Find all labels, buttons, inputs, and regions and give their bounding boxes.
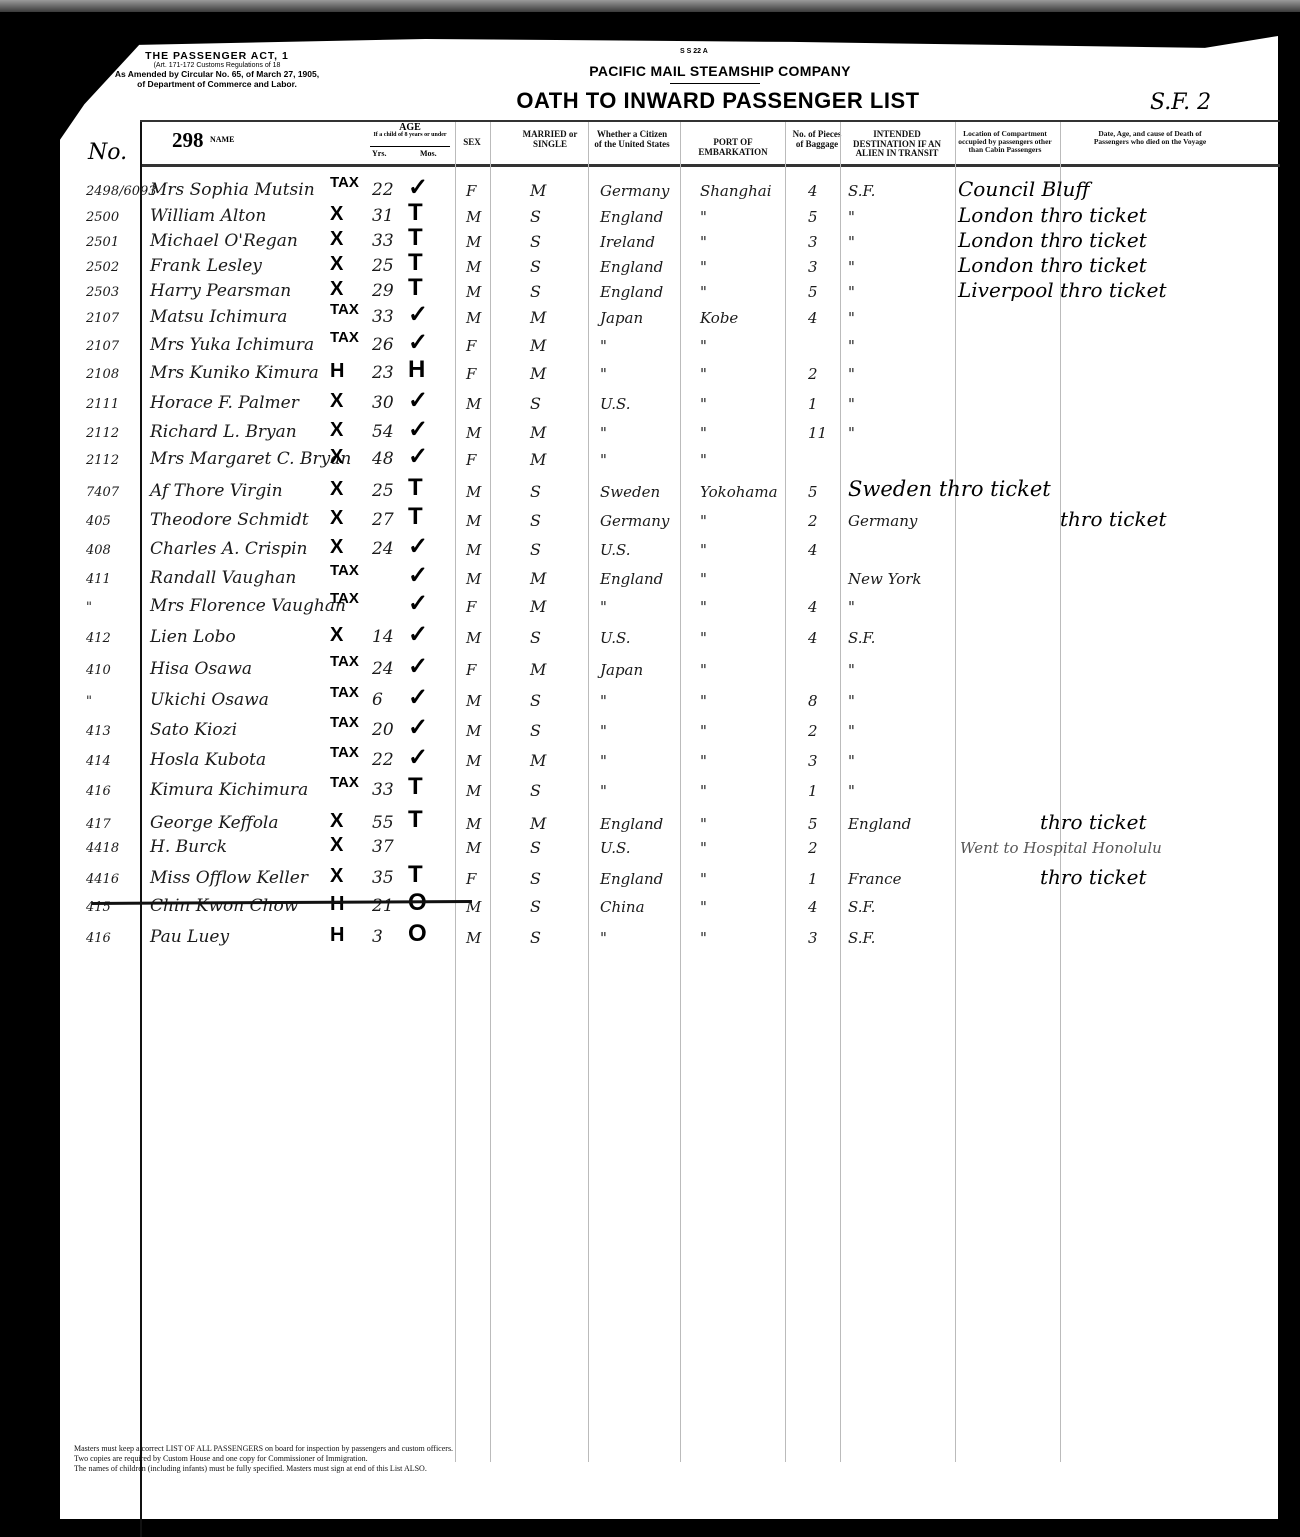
port-of-embarkation: " bbox=[700, 722, 707, 740]
age-years: 54 bbox=[372, 422, 394, 442]
intended-destination: S.F. bbox=[848, 929, 875, 947]
inspection-mark: ✓ bbox=[408, 713, 428, 742]
marital-status: M bbox=[530, 364, 546, 383]
citizenship: Sweden bbox=[600, 483, 660, 501]
age-years: 23 bbox=[372, 363, 394, 383]
age-years: 25 bbox=[372, 481, 394, 501]
marital-status: M bbox=[530, 597, 546, 616]
sex-value: M bbox=[466, 752, 481, 770]
col-destination: INTENDED DESTINATION IF AN ALIEN IN TRAN… bbox=[842, 130, 952, 159]
passenger-name: Mrs Kuniko Kimura bbox=[150, 363, 319, 383]
passenger-name: Sato Kiozi bbox=[150, 720, 237, 740]
intended-destination: " bbox=[848, 752, 855, 770]
age-years: 35 bbox=[372, 868, 394, 888]
sex-value: M bbox=[466, 722, 481, 740]
amended-line-2: of Department of Commerce and Labor. bbox=[72, 79, 362, 89]
inspection-mark: ✓ bbox=[408, 532, 428, 561]
sheet-mark: S.F. 2 bbox=[1150, 90, 1211, 115]
marital-status: S bbox=[530, 928, 541, 947]
intended-destination: S.F. bbox=[848, 629, 875, 647]
tax-stamp: X bbox=[330, 228, 343, 251]
passenger-name: Richard L. Bryan bbox=[150, 422, 297, 442]
row-number: 416 bbox=[86, 784, 111, 799]
passenger-name: Hosla Kubota bbox=[150, 750, 266, 770]
passenger-name: Mrs Florence Vaughan bbox=[150, 596, 346, 616]
col-sex: SEX bbox=[457, 138, 487, 148]
passenger-name: Michael O'Regan bbox=[150, 231, 298, 251]
row-number: 2503 bbox=[86, 285, 119, 300]
age-years: 33 bbox=[372, 307, 394, 327]
col-married-single: MARRIED or SINGLE bbox=[515, 130, 585, 149]
age-years: 21 bbox=[372, 896, 394, 916]
inspection-mark: ✓ bbox=[408, 652, 428, 681]
marital-status: S bbox=[530, 869, 541, 888]
passenger-name: Ukichi Osawa bbox=[150, 690, 269, 710]
inspection-mark: O bbox=[408, 920, 427, 948]
tax-stamp: X bbox=[330, 253, 343, 276]
baggage-count: 2 bbox=[808, 365, 818, 383]
tax-stamp: H bbox=[330, 893, 344, 916]
col-age: AGE If a child of 8 years or under bbox=[370, 124, 450, 139]
port-of-embarkation: " bbox=[700, 661, 707, 679]
baggage-count: 4 bbox=[808, 598, 818, 616]
citizenship: Japan bbox=[600, 661, 643, 679]
port-of-embarkation: Shanghai bbox=[700, 182, 772, 200]
inspection-mark: ✓ bbox=[408, 743, 428, 772]
row-number: 2501 bbox=[86, 235, 119, 250]
intended-destination: Germany bbox=[848, 512, 917, 530]
port-of-embarkation: " bbox=[700, 782, 707, 800]
passenger-name: Hisa Osawa bbox=[150, 659, 252, 679]
citizenship: " bbox=[600, 451, 607, 469]
row-number: 4416 bbox=[86, 872, 119, 887]
marital-status: M bbox=[530, 336, 546, 355]
row-number: " bbox=[86, 694, 92, 709]
citizenship: England bbox=[600, 570, 663, 588]
age-years: 25 bbox=[372, 256, 394, 276]
tax-stamp: X bbox=[330, 536, 343, 559]
inspection-mark: T bbox=[408, 503, 423, 531]
row-number: 413 bbox=[86, 724, 111, 739]
intended-destination: " bbox=[848, 722, 855, 740]
citizenship: Germany bbox=[600, 182, 669, 200]
tax-stamp: X bbox=[330, 203, 343, 226]
passenger-name: Randall Vaughan bbox=[150, 568, 296, 588]
baggage-count: 5 bbox=[808, 283, 818, 301]
baggage-count: 8 bbox=[808, 692, 818, 710]
row-number: 412 bbox=[86, 631, 111, 646]
age-years: 22 bbox=[372, 180, 394, 200]
page-title: OATH TO INWARD PASSENGER LIST bbox=[488, 88, 948, 114]
marital-status: S bbox=[530, 838, 541, 857]
age-years: 27 bbox=[372, 510, 394, 530]
citizenship: " bbox=[600, 692, 607, 710]
port-of-embarkation: " bbox=[700, 815, 707, 833]
citizenship: England bbox=[600, 208, 663, 226]
col-name: NAME bbox=[210, 135, 234, 144]
passenger-name: Mrs Margaret C. Bryan bbox=[150, 449, 351, 469]
citizenship: England bbox=[600, 815, 663, 833]
tax-stamp: X bbox=[330, 834, 343, 857]
passenger-name: Lien Lobo bbox=[150, 627, 236, 647]
intended-destination: Sweden thro ticket bbox=[848, 477, 1051, 501]
marital-status: M bbox=[530, 423, 546, 442]
sex-value: F bbox=[466, 598, 476, 616]
intended-destination: " bbox=[848, 233, 855, 251]
tax-stamp: X bbox=[330, 419, 343, 442]
port-of-embarkation: " bbox=[700, 629, 707, 647]
passenger-name: George Keffola bbox=[150, 813, 279, 833]
citizenship: " bbox=[600, 337, 607, 355]
passenger-name: Charles A. Crispin bbox=[150, 539, 308, 559]
intended-destination: " bbox=[848, 782, 855, 800]
marital-status: M bbox=[530, 450, 546, 469]
marital-status: S bbox=[530, 257, 541, 276]
inspection-mark: ✓ bbox=[408, 589, 428, 618]
remark-note: thro ticket bbox=[1040, 865, 1147, 889]
age-years: 33 bbox=[372, 780, 394, 800]
marital-status: S bbox=[530, 232, 541, 251]
port-of-embarkation: " bbox=[700, 929, 707, 947]
age-years: 6 bbox=[372, 690, 383, 710]
citizenship: England bbox=[600, 283, 663, 301]
citizenship: England bbox=[600, 870, 663, 888]
remark-note: Liverpool thro ticket bbox=[958, 278, 1167, 302]
citizenship: " bbox=[600, 365, 607, 383]
port-of-embarkation: " bbox=[700, 898, 707, 916]
citizenship: " bbox=[600, 598, 607, 616]
tax-stamp: X bbox=[330, 446, 343, 469]
rule bbox=[1060, 122, 1061, 1462]
footer-line-3: The names of children (including infants… bbox=[74, 1464, 453, 1474]
remark-note: thro ticket bbox=[1040, 810, 1147, 834]
passenger-name: Horace F. Palmer bbox=[150, 393, 299, 413]
passenger-name: Kimura Kichimura bbox=[150, 780, 308, 800]
rule bbox=[840, 122, 841, 1462]
act-title: THE PASSENGER ACT, 1 bbox=[72, 50, 362, 62]
port-of-embarkation: " bbox=[700, 839, 707, 857]
baggage-count: 11 bbox=[808, 424, 827, 442]
inspection-mark: ✓ bbox=[408, 620, 428, 649]
age-years: 33 bbox=[372, 231, 394, 251]
baggage-count: 4 bbox=[808, 629, 818, 647]
citizenship: Japan bbox=[600, 309, 643, 327]
inspection-mark: T bbox=[408, 224, 423, 252]
baggage-count: 2 bbox=[808, 839, 818, 857]
marital-status: S bbox=[530, 781, 541, 800]
row-number: 2108 bbox=[86, 367, 119, 382]
intended-destination: " bbox=[848, 208, 855, 226]
intended-destination: England bbox=[848, 815, 911, 833]
passenger-name: Mrs Sophia Mutsin bbox=[150, 180, 315, 200]
port-of-embarkation: " bbox=[700, 233, 707, 251]
remark-note: Went to Hospital Honolulu bbox=[960, 839, 1162, 857]
rule bbox=[588, 122, 589, 1462]
row-number: 417 bbox=[86, 817, 111, 832]
row-number: 405 bbox=[86, 514, 111, 529]
sex-value: M bbox=[466, 283, 481, 301]
tax-stamp: X bbox=[330, 278, 343, 301]
passenger-name: Chin Kwon Chow bbox=[150, 896, 298, 916]
row-number: 2111 bbox=[86, 397, 119, 412]
passenger-name: H. Burck bbox=[150, 837, 227, 857]
rule bbox=[455, 122, 456, 1462]
tax-stamp: TAX bbox=[330, 653, 359, 670]
intended-destination: " bbox=[848, 283, 855, 301]
sex-value: M bbox=[466, 541, 481, 559]
remark-note: Council Bluff bbox=[958, 177, 1090, 201]
citizenship: " bbox=[600, 752, 607, 770]
port-of-embarkation: " bbox=[700, 541, 707, 559]
col-compartment: Location of Compartment occupied by pass… bbox=[955, 130, 1055, 154]
marital-status: M bbox=[530, 751, 546, 770]
baggage-count: 3 bbox=[808, 752, 818, 770]
no-column-rule bbox=[140, 122, 142, 1537]
age-years: 31 bbox=[372, 206, 394, 226]
sex-value: M bbox=[466, 512, 481, 530]
remark-note: London thro ticket bbox=[958, 253, 1147, 277]
marital-status: M bbox=[530, 181, 546, 200]
port-of-embarkation: " bbox=[700, 424, 707, 442]
row-number: 414 bbox=[86, 754, 111, 769]
baggage-count: 4 bbox=[808, 309, 818, 327]
port-of-embarkation: " bbox=[700, 395, 707, 413]
company-underline bbox=[670, 83, 760, 84]
citizenship: China bbox=[600, 898, 645, 916]
baggage-count: 4 bbox=[808, 898, 818, 916]
baggage-count: 1 bbox=[808, 782, 818, 800]
inspection-mark: T bbox=[408, 861, 423, 889]
citizenship: Ireland bbox=[600, 233, 655, 251]
passenger-name: Miss Offlow Keller bbox=[150, 868, 308, 888]
inspection-mark: T bbox=[408, 274, 423, 302]
citizenship: U.S. bbox=[600, 839, 631, 857]
tax-stamp: TAX bbox=[330, 744, 359, 761]
sex-value: M bbox=[466, 782, 481, 800]
sex-value: M bbox=[466, 395, 481, 413]
act-articles: (Art. 171-172 Customs Regulations of 18 bbox=[72, 62, 362, 69]
sex-value: F bbox=[466, 661, 476, 679]
row-number: 2502 bbox=[86, 260, 119, 275]
baggage-count: 4 bbox=[808, 182, 818, 200]
sex-value: F bbox=[466, 870, 476, 888]
intended-destination: " bbox=[848, 395, 855, 413]
sex-value: M bbox=[466, 309, 481, 327]
port-of-embarkation: " bbox=[700, 365, 707, 383]
port-of-embarkation: " bbox=[700, 258, 707, 276]
port-of-embarkation: " bbox=[700, 692, 707, 710]
row-number: 4418 bbox=[86, 841, 119, 856]
citizenship: U.S. bbox=[600, 395, 631, 413]
row-number: 2107 bbox=[86, 311, 119, 326]
age-years: 24 bbox=[372, 659, 394, 679]
form-number: S S 22 A bbox=[680, 48, 708, 55]
col-no: No. bbox=[88, 140, 127, 165]
baggage-count: 5 bbox=[808, 208, 818, 226]
inspection-mark: ✓ bbox=[408, 415, 428, 444]
row-number: 2112 bbox=[86, 426, 119, 441]
inspection-mark: T bbox=[408, 249, 423, 277]
intended-destination: " bbox=[848, 598, 855, 616]
baggage-count: 3 bbox=[808, 929, 818, 947]
port-of-embarkation: Kobe bbox=[700, 309, 738, 327]
remark-note: London thro ticket bbox=[958, 203, 1147, 227]
sex-value: M bbox=[466, 815, 481, 833]
port-of-embarkation: " bbox=[700, 451, 707, 469]
footer-instructions: Masters must keep a correct LIST OF ALL … bbox=[74, 1444, 453, 1474]
sex-value: F bbox=[466, 365, 476, 383]
inspection-mark: ✓ bbox=[408, 683, 428, 712]
rule bbox=[785, 122, 786, 1462]
sex-value: M bbox=[466, 258, 481, 276]
header-top-rule bbox=[140, 120, 1280, 122]
tax-stamp: X bbox=[330, 507, 343, 530]
baggage-count: 2 bbox=[808, 512, 818, 530]
inspection-mark: H bbox=[408, 356, 425, 384]
age-years: 55 bbox=[372, 813, 394, 833]
tax-stamp: X bbox=[330, 810, 343, 833]
passenger-name: Mrs Yuka Ichimura bbox=[150, 335, 314, 355]
tax-stamp: X bbox=[330, 390, 343, 413]
intended-destination: " bbox=[848, 692, 855, 710]
rule bbox=[955, 122, 956, 1462]
sex-value: M bbox=[466, 570, 481, 588]
inspection-mark: ✓ bbox=[408, 300, 428, 329]
list-number: 298 bbox=[172, 128, 204, 153]
sex-value: M bbox=[466, 692, 481, 710]
passenger-name: Pau Luey bbox=[150, 927, 229, 947]
amended-line-1: As Amended by Circular No. 65, of March … bbox=[72, 69, 362, 79]
marital-status: S bbox=[530, 691, 541, 710]
passenger-name: Af Thore Virgin bbox=[150, 481, 283, 501]
baggage-count: 4 bbox=[808, 541, 818, 559]
tax-stamp: H bbox=[330, 360, 344, 383]
row-number: 2500 bbox=[86, 210, 119, 225]
row-number: 410 bbox=[86, 663, 111, 678]
footer-line-1: Masters must keep a correct LIST OF ALL … bbox=[74, 1444, 453, 1454]
tax-stamp: TAX bbox=[330, 562, 359, 579]
baggage-count: 3 bbox=[808, 258, 818, 276]
company-name: PACIFIC MAIL STEAMSHIP COMPANY bbox=[560, 63, 880, 79]
baggage-count: 1 bbox=[808, 395, 818, 413]
row-number: " bbox=[86, 600, 92, 615]
passenger-act-header: THE PASSENGER ACT, 1 (Art. 171-172 Custo… bbox=[72, 50, 362, 89]
age-years: 24 bbox=[372, 539, 394, 559]
col-port: PORT OF EMBARKATION bbox=[683, 138, 783, 157]
tax-stamp: TAX bbox=[330, 329, 359, 346]
tax-stamp: TAX bbox=[330, 714, 359, 731]
marital-status: S bbox=[530, 540, 541, 559]
baggage-count: 3 bbox=[808, 233, 818, 251]
col-yrs: Yrs. bbox=[372, 149, 386, 158]
passenger-name: William Alton bbox=[150, 206, 266, 226]
inspection-mark: T bbox=[408, 199, 423, 227]
citizenship: Germany bbox=[600, 512, 669, 530]
passenger-name: Frank Lesley bbox=[150, 256, 262, 276]
marital-status: M bbox=[530, 569, 546, 588]
marital-status: S bbox=[530, 511, 541, 530]
age-years: 22 bbox=[372, 750, 394, 770]
intended-destination: " bbox=[848, 258, 855, 276]
intended-destination: " bbox=[848, 337, 855, 355]
baggage-count: 5 bbox=[808, 483, 818, 501]
marital-status: S bbox=[530, 207, 541, 226]
row-number: 2107 bbox=[86, 339, 119, 354]
scan-top-edge bbox=[0, 0, 1300, 12]
citizenship: " bbox=[600, 929, 607, 947]
marital-status: M bbox=[530, 308, 546, 327]
tax-stamp: X bbox=[330, 478, 343, 501]
inspection-mark: T bbox=[408, 806, 423, 834]
sex-value: M bbox=[466, 929, 481, 947]
intended-destination: " bbox=[848, 309, 855, 327]
marital-status: S bbox=[530, 721, 541, 740]
intended-destination: " bbox=[848, 424, 855, 442]
row-number: 7407 bbox=[86, 485, 119, 500]
age-years: 48 bbox=[372, 449, 394, 469]
inspection-mark: ✓ bbox=[408, 328, 428, 357]
tax-stamp: TAX bbox=[330, 774, 359, 791]
rule bbox=[680, 122, 681, 1462]
intended-destination: " bbox=[848, 365, 855, 383]
age-years: 3 bbox=[372, 927, 383, 947]
row-number: 411 bbox=[86, 572, 111, 587]
inspection-mark: ✓ bbox=[408, 561, 428, 590]
tax-stamp: TAX bbox=[330, 590, 359, 607]
inspection-mark: ✓ bbox=[408, 173, 428, 202]
citizenship: " bbox=[600, 782, 607, 800]
port-of-embarkation: " bbox=[700, 598, 707, 616]
marital-status: M bbox=[530, 660, 546, 679]
marital-status: S bbox=[530, 628, 541, 647]
sex-value: M bbox=[466, 208, 481, 226]
inspection-mark: T bbox=[408, 773, 423, 801]
port-of-embarkation: " bbox=[700, 337, 707, 355]
remark-note: London thro ticket bbox=[958, 228, 1147, 252]
sex-value: M bbox=[466, 483, 481, 501]
citizenship: " bbox=[600, 722, 607, 740]
tax-stamp: TAX bbox=[330, 301, 359, 318]
passenger-name: Theodore Schmidt bbox=[150, 510, 309, 530]
sex-value: F bbox=[466, 182, 476, 200]
inspection-mark: T bbox=[408, 474, 423, 502]
port-of-embarkation: " bbox=[700, 208, 707, 226]
header-bottom-rule bbox=[140, 164, 1280, 167]
port-of-embarkation: " bbox=[700, 283, 707, 301]
sex-value: M bbox=[466, 839, 481, 857]
intended-destination: " bbox=[848, 661, 855, 679]
sex-value: F bbox=[466, 451, 476, 469]
age-years: 30 bbox=[372, 393, 394, 413]
tax-stamp: H bbox=[330, 924, 344, 947]
age-rule bbox=[370, 146, 450, 147]
marital-status: S bbox=[530, 897, 541, 916]
col-baggage: No. of Pieces of Baggage bbox=[792, 130, 842, 149]
baggage-count: 5 bbox=[808, 815, 818, 833]
port-of-embarkation: " bbox=[700, 512, 707, 530]
sex-value: M bbox=[466, 629, 481, 647]
age-years: 14 bbox=[372, 627, 394, 647]
tax-stamp: TAX bbox=[330, 684, 359, 701]
passenger-name: Matsu Ichimura bbox=[150, 307, 287, 327]
sex-value: M bbox=[466, 233, 481, 251]
tax-stamp: TAX bbox=[330, 174, 359, 191]
row-number: 416 bbox=[86, 931, 111, 946]
row-number: 408 bbox=[86, 543, 111, 558]
col-death: Date, Age, and cause of Death of Passeng… bbox=[1080, 130, 1220, 146]
marital-status: S bbox=[530, 394, 541, 413]
baggage-count: 1 bbox=[808, 870, 818, 888]
